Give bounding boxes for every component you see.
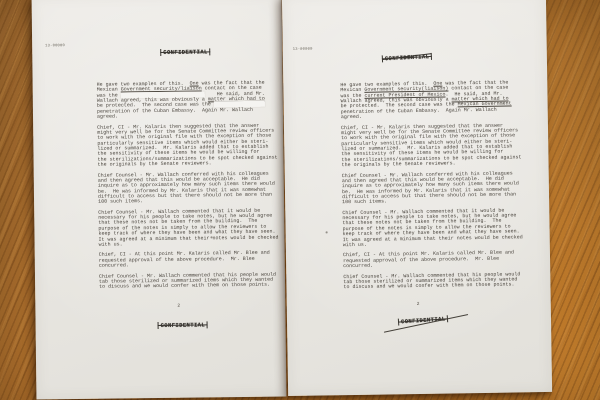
dust-speck bbox=[326, 231, 328, 233]
typed-line: concurred. bbox=[99, 262, 279, 270]
paragraph: Chief Counsel - Mr. Wallach conferred wi… bbox=[98, 171, 278, 205]
typed-line: the originals by the Senate reviewers. bbox=[342, 160, 522, 168]
paragraph: He gave two examples of this. One was th… bbox=[97, 81, 277, 121]
typed-line: 100 such items. bbox=[98, 198, 278, 206]
doc-number: 13-00000 bbox=[45, 44, 65, 48]
paragraph: Chief Counsel - Mr. Wallach commented th… bbox=[99, 272, 279, 290]
wood-desk-background: 13-00000 CONFIDENTIAL He gave two exampl… bbox=[0, 0, 600, 400]
typed-line: to discuss and we would confer with them… bbox=[343, 283, 523, 291]
typed-line: the originals by the Senate reviewers. bbox=[98, 161, 278, 169]
classification-stamp-top: CONFIDENTIAL bbox=[160, 48, 211, 56]
paragraph: Chief, CI - At this point Mr. Kalaris ca… bbox=[99, 251, 279, 269]
typed-text-block: He gave two examples of this. One was th… bbox=[340, 80, 523, 296]
classification-stamp-top: CONFIDENTIAL bbox=[382, 53, 433, 63]
paragraph: Chief Counsel - Mr. Wallach commented th… bbox=[342, 208, 523, 248]
doc-number: 13-00000 bbox=[293, 48, 313, 52]
classification-stamp-bottom: CONFIDENTIAL bbox=[158, 321, 209, 329]
paragraph: Chief, CI - At this point Mr. Kalaris ca… bbox=[343, 251, 523, 270]
dust-speck bbox=[210, 236, 212, 238]
page-number: 2 bbox=[417, 302, 420, 307]
paragraph: Chief Counsel - Mr. Wallach conferred wi… bbox=[342, 171, 523, 206]
document-page-right: 13-00000 CONFIDENTIAL He gave two exampl… bbox=[282, 0, 552, 396]
typed-text-block: He gave two examples of this. One was th… bbox=[97, 81, 280, 296]
paragraph: Chief Counsel - Mr. Wallach commented th… bbox=[343, 272, 523, 291]
typed-line: 100 such items. bbox=[342, 198, 522, 206]
page-number: 2 bbox=[177, 304, 180, 309]
paragraph: Chief, CI - Mr. Kalaris then suggested t… bbox=[341, 123, 522, 169]
paragraph: Chief Counsel - Mr. Wallach commented th… bbox=[98, 208, 278, 248]
paragraph: Chief, CI - Mr. Kalaris then suggested t… bbox=[97, 123, 278, 168]
typed-line: to discuss and we would confer with them… bbox=[99, 283, 279, 291]
paragraph: He gave two examples of this. One was th… bbox=[340, 80, 521, 120]
document-page-left: 13-00000 CONFIDENTIAL He gave two exampl… bbox=[32, 0, 287, 400]
